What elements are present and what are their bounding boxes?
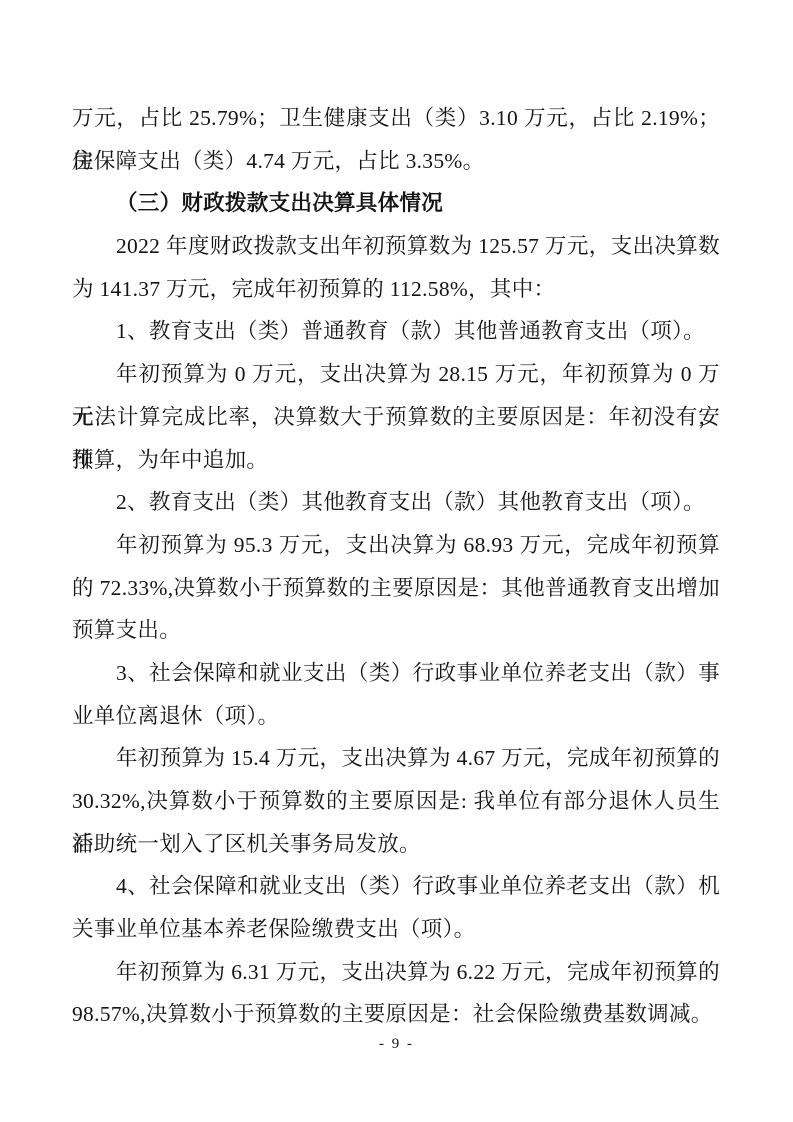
text-line: 1、教育支出（类）普通教育（款）其他普通教育支出（项）。 bbox=[72, 310, 720, 353]
text-line: 年初预算为 15.4 万元，支出决算为 4.67 万元，完成年初预算的 bbox=[72, 737, 720, 780]
page-number: - 9 - bbox=[0, 1036, 793, 1053]
text-line: 年初预算为 0 万元，支出决算为 28.15 万元，年初预算为 0 万元， bbox=[72, 353, 720, 396]
text-line: 为 141.37 万元，完成年初预算的 112.58%，其中： bbox=[72, 268, 720, 311]
text-line: 4、社会保障和就业支出（类）行政事业单位养老支出（款）机 bbox=[72, 865, 720, 908]
text-line: 无法计算完成比率，决算数大于预算数的主要原因是：年初没有安排 bbox=[72, 396, 720, 439]
text-line: 预算，为年中追加。 bbox=[72, 439, 720, 482]
section-heading: （三）财政拨款支出决算具体情况 bbox=[72, 182, 720, 225]
text-line: 98.57%,决算数小于预算数的主要原因是：社会保险缴费基数调减。 bbox=[72, 993, 720, 1036]
text-line: 2022 年度财政拨款支出年初预算数为 125.57 万元，支出决算数 bbox=[72, 225, 720, 268]
text-line: 3、社会保障和就业支出（类）行政事业单位养老支出（款）事 bbox=[72, 652, 720, 695]
text-line: 30.32%,决算数小于预算数的主要原因是: 我单位有部分退休人员生活 bbox=[72, 780, 720, 823]
text-line: 房保障支出（类）4.74 万元，占比 3.35%。 bbox=[72, 140, 720, 183]
text-line: 关事业单位基本养老保险缴费支出（项）。 bbox=[72, 908, 720, 951]
text-line: 的 72.33%,决算数小于预算数的主要原因是：其他普通教育支出增加 bbox=[72, 567, 720, 610]
document-body: 万元，占比 25.79%；卫生健康支出（类）3.10 万元，占比 2.19%；住… bbox=[72, 97, 720, 1036]
text-line: 预算支出。 bbox=[72, 609, 720, 652]
text-line: 万元，占比 25.79%；卫生健康支出（类）3.10 万元，占比 2.19%；住 bbox=[72, 97, 720, 140]
text-line: 业单位离退休（项）。 bbox=[72, 695, 720, 738]
text-line: 年初预算为 95.3 万元，支出决算为 68.93 万元，完成年初预算 bbox=[72, 524, 720, 567]
text-line: 补助统一划入了区机关事务局发放。 bbox=[72, 823, 720, 866]
text-line: 2、教育支出（类）其他教育支出（款）其他教育支出（项）。 bbox=[72, 481, 720, 524]
document-page: 万元，占比 25.79%；卫生健康支出（类）3.10 万元，占比 2.19%；住… bbox=[0, 0, 793, 1122]
text-line: 年初预算为 6.31 万元，支出决算为 6.22 万元，完成年初预算的 bbox=[72, 951, 720, 994]
